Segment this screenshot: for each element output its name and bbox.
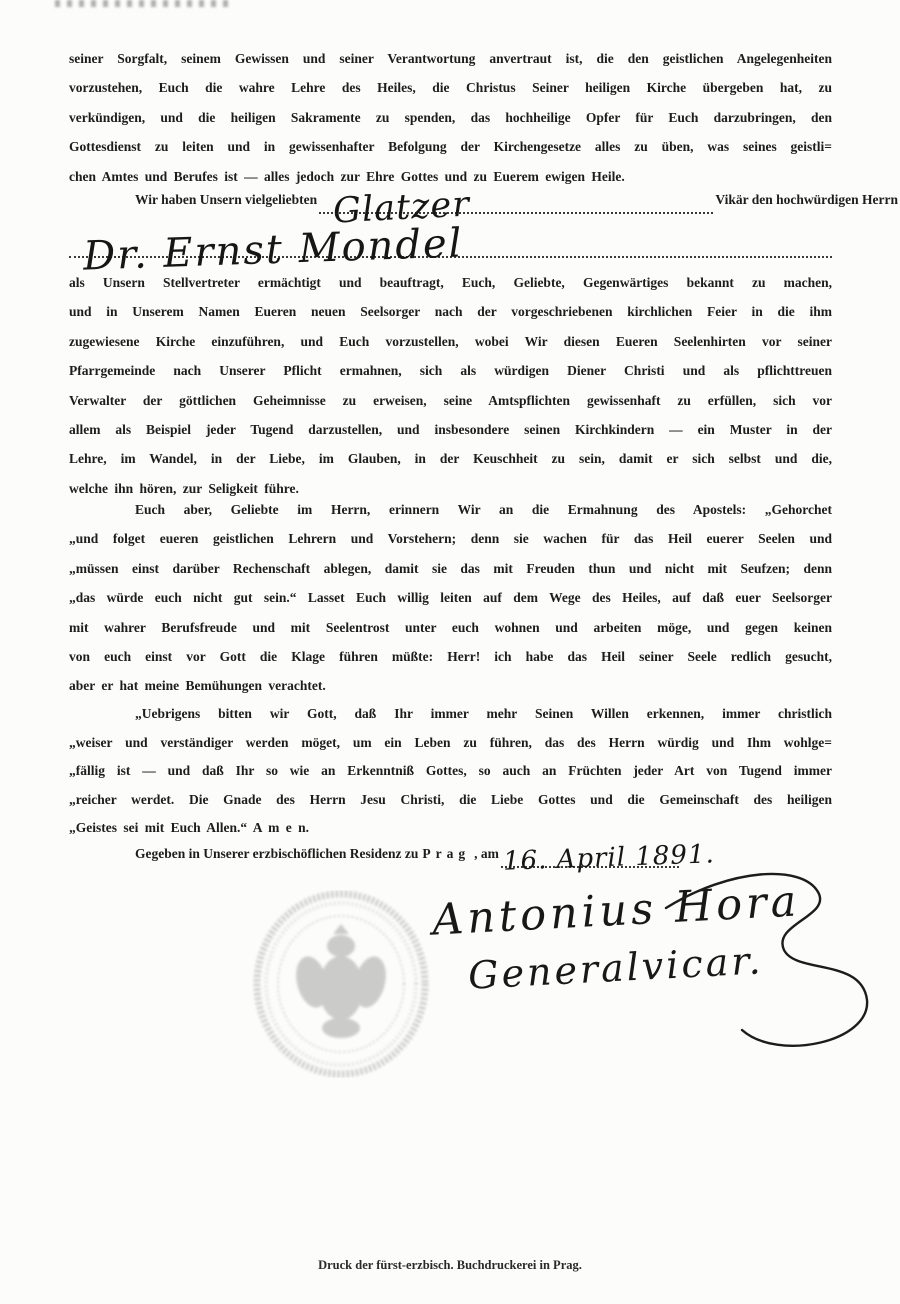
text-line: Lehre, im Wandel, in der Liebe, im Glaub…: [69, 444, 832, 473]
signature-flourish-stroke: [660, 862, 880, 1077]
text-line: allem als Beispiel jeder Tugend darzuste…: [69, 415, 832, 444]
dateline-text-2: , am: [474, 840, 499, 868]
dotted-date-line: 16. April 1891.: [501, 838, 679, 868]
fill-in-prefix: Wir haben Unsern vielgeliebten: [135, 186, 317, 214]
text-line: von euch einst vor Gott die Klage führen…: [69, 642, 832, 671]
dateline-text: Gegeben in Unserer erzbischöflichen Resi…: [135, 840, 418, 868]
fill-in-row-priest-name: Dr. Ernst Mondel: [69, 222, 832, 258]
text-line: mit wahrer Berufsfreude und mit Seelentr…: [69, 613, 832, 642]
handwritten-priest-name: Dr. Ernst Mondel: [83, 229, 464, 270]
text-line: Gottesdienst zu leiten und in gewissenha…: [69, 132, 832, 161]
printer-imprint: Druck der fürst-erzbisch. Buchdruckerei …: [0, 1258, 900, 1273]
text-line: „müssen einst darüber Rechenschaft ableg…: [69, 554, 832, 583]
text-line: und in Unserem Namen Eueren neuen Seelso…: [69, 297, 832, 326]
paragraph-4: „Uebrigens bitten wir Gott, daß Ihr imme…: [69, 700, 832, 843]
text-line: „weiser und verständiger werden möget, u…: [69, 729, 832, 758]
scan-cutoff-text-artifact: [55, 0, 230, 7]
paragraph-3: Euch aber, Geliebte im Herrn, erinnern W…: [69, 495, 832, 701]
fill-in-row-vicariate: Wir haben Unsern vielgeliebten Glatzer V…: [69, 184, 898, 214]
text-line: aber er hat meine Bemühungen verachtet.: [69, 671, 832, 700]
text-line: Euch aber, Geliebte im Herrn, erinnern W…: [69, 495, 832, 524]
text-line: vorzustehen, Euch die wahre Lehre des He…: [69, 73, 832, 102]
dotted-blank-line: Dr. Ernst Mondel: [69, 220, 832, 258]
text-line: Pfarrgemeinde nach Unserer Pflicht ermah…: [69, 356, 832, 385]
paragraph-1: seiner Sorgfalt, seinem Gewissen und sei…: [69, 44, 832, 191]
text-line: „fällig ist — und daß Ihr so wie an Erke…: [69, 757, 832, 786]
text-line: Verwalter der göttlichen Geheimnisse zu …: [69, 386, 832, 415]
text-line: „und folget eueren geistlichen Lehrern u…: [69, 524, 832, 553]
archiepiscopal-seal-stamp-icon: [250, 890, 432, 1078]
text-line: verkündigen, und die heiligen Sakramente…: [69, 103, 832, 132]
paragraph-2: als Unsern Stellvertreter ermächtigt und…: [69, 268, 832, 503]
dotted-blank-line: Glatzer: [319, 184, 713, 214]
text-line: als Unsern Stellvertreter ermächtigt und…: [69, 268, 832, 297]
dateline-place: Prag: [422, 840, 470, 868]
text-line: zugewiesene Kirche einzuführen, und Euch…: [69, 327, 832, 356]
text-line: „Uebrigens bitten wir Gott, daß Ihr imme…: [69, 700, 832, 729]
text-line: seiner Sorgfalt, seinem Gewissen und sei…: [69, 44, 832, 73]
text-line: „das würde euch nicht gut sein.“ Lasset …: [69, 583, 832, 612]
text-line: „reicher werdet. Die Gnade des Herrn Jes…: [69, 786, 832, 815]
document-page: seiner Sorgfalt, seinem Gewissen und sei…: [0, 0, 900, 1304]
fill-in-suffix: Vikär den hochwürdigen Herrn: [715, 186, 898, 214]
